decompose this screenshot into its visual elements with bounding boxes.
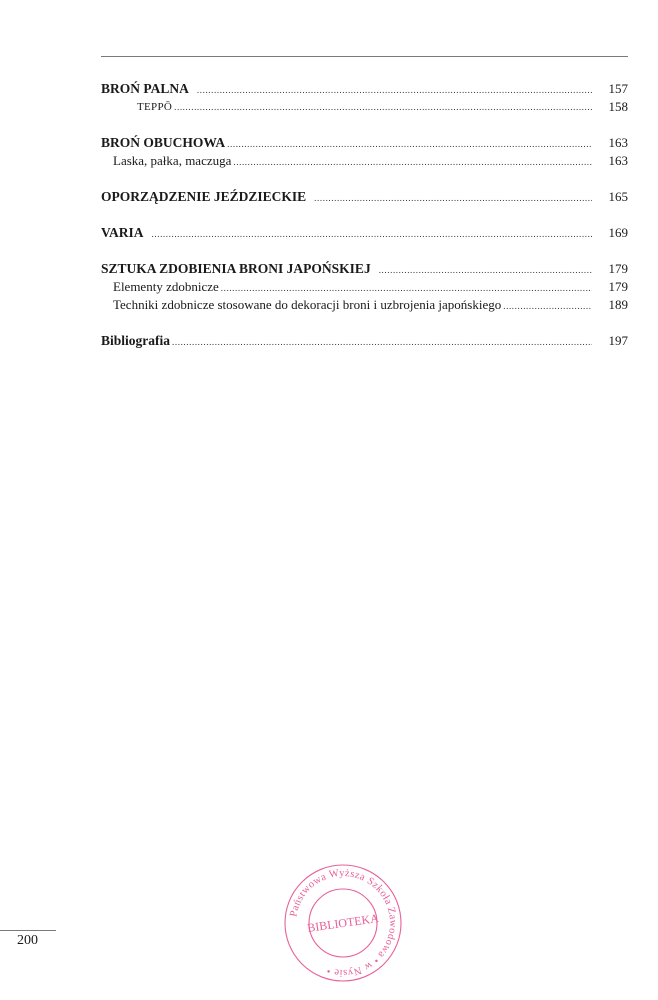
stamp-center-text: BIBLIOTEKA — [306, 911, 380, 935]
toc-spacer — [101, 116, 628, 134]
toc-spacer — [101, 206, 628, 224]
toc-spacer — [101, 242, 628, 260]
header-rule — [101, 56, 628, 57]
toc-entry-page: 169 — [609, 224, 629, 242]
dot-leader — [174, 98, 592, 116]
dot-leader — [503, 297, 592, 315]
toc-entry-title: SZTUKA ZDOBIENIA BRONI JAPOŃSKIEJ — [101, 260, 379, 278]
toc-entry-page: 163 — [609, 152, 629, 170]
toc-entry-page: 189 — [609, 296, 629, 314]
toc-spacer — [101, 314, 628, 332]
toc-entry-page: 157 — [609, 80, 629, 98]
toc-entry-title: OPORZĄDZENIE JEŹDZIECKIE — [101, 188, 314, 206]
page-number: 200 — [17, 933, 38, 949]
toc-entry-title: Bibliografia — [101, 332, 172, 350]
toc-entry: Laska, pałka, maczuga163 — [101, 152, 628, 170]
library-stamp: Państwowa Wyższa Szkoła Zawodowa • w Nys… — [282, 862, 404, 984]
toc-entry-title: Laska, pałka, maczuga — [101, 152, 233, 170]
toc-entry: Elementy zdobnicze179 — [101, 278, 628, 296]
toc-entry-title: TEPPŌ — [101, 98, 174, 116]
dot-leader — [221, 279, 592, 297]
toc-entry-title: BROŃ OBUCHOWA — [101, 134, 227, 152]
dot-leader — [227, 135, 592, 153]
toc-entry-page: 165 — [609, 188, 629, 206]
toc-entry-page: 179 — [609, 278, 629, 296]
dot-leader — [233, 153, 592, 171]
toc-entry: BROŃ PALNA157 — [101, 80, 628, 98]
dot-leader — [314, 189, 592, 207]
toc-entry: OPORZĄDZENIE JEŹDZIECKIE165 — [101, 188, 628, 206]
toc-entry-title: BROŃ PALNA — [101, 80, 197, 98]
dot-leader — [379, 261, 592, 279]
toc-spacer — [101, 170, 628, 188]
dot-leader — [197, 81, 592, 99]
toc-entry: BROŃ OBUCHOWA163 — [101, 134, 628, 152]
toc-entry-title: VARIA — [101, 224, 152, 242]
toc-entry: Techniki zdobnicze stosowane do dekoracj… — [101, 296, 628, 314]
toc-entry: TEPPŌ158 — [101, 98, 628, 116]
toc-entry-title: Elementy zdobnicze — [101, 278, 221, 296]
toc-entry-page: 179 — [609, 260, 629, 278]
footer-rule — [0, 930, 56, 931]
dot-leader — [172, 333, 592, 351]
dot-leader — [152, 225, 592, 243]
toc-entry-page: 158 — [609, 98, 629, 116]
toc-entry-page: 163 — [609, 134, 629, 152]
toc-entry: Bibliografia197 — [101, 332, 628, 350]
toc-entry: VARIA169 — [101, 224, 628, 242]
toc-entry-title: Techniki zdobnicze stosowane do dekoracj… — [101, 296, 503, 314]
table-of-contents: BROŃ PALNA157TEPPŌ158BROŃ OBUCHOWA163Las… — [101, 80, 628, 350]
toc-entry: SZTUKA ZDOBIENIA BRONI JAPOŃSKIEJ179 — [101, 260, 628, 278]
toc-entry-page: 197 — [609, 332, 629, 350]
